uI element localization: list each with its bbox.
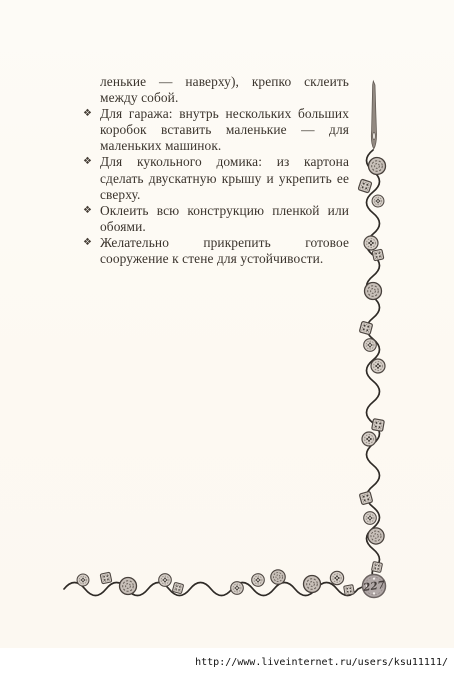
round-button-icon [271,570,285,584]
page-number: 227 [361,579,386,594]
bottom-thread-line [64,583,365,596]
square-button-icon [344,585,355,596]
list-item: ❖ Оклеить всю конструкцию пленкой или об… [100,203,349,235]
square-button-icon [359,491,372,504]
round-button-icon [371,359,385,373]
diamond-bullet-icon: ❖ [83,204,92,218]
round-button-icon [365,283,382,300]
round-button-icon [120,578,137,595]
round-button-icon [330,571,343,584]
square-button-icon [371,561,382,572]
bullet-text: Оклеить всю конструкцию пленкой или обоя… [100,203,349,234]
square-button-icon [372,249,384,261]
sewing-needle-icon [371,81,376,149]
bullet-text: Для кукольного домика: из картона сделат… [100,154,349,201]
square-button-icon [100,572,112,584]
round-button-icon [372,195,384,207]
watermark-url: http://www.liveinternet.ru/users/ksu1111… [195,657,448,668]
right-thread-line [367,150,380,577]
list-item: ❖ Для кукольного домика: из картона сдел… [100,154,349,202]
diamond-bullet-icon: ❖ [83,236,92,250]
list-item: ❖ Для гаража: внутрь нескольких больших … [100,106,349,154]
square-button-icon [172,582,183,593]
book-page: ленькие — наверху), крепко склеить между… [0,0,454,648]
round-button-icon [368,528,384,544]
diamond-bullet-icon: ❖ [83,107,92,121]
bullet-list: ❖ Для гаража: внутрь нескольких больших … [100,106,349,267]
bullet-text: Для гаража: внутрь нескольких больших ко… [100,106,349,153]
page-number-button: 227 [361,575,386,598]
round-button-icon [252,574,265,587]
round-button-icon [304,576,321,593]
square-button-icon [372,419,385,432]
round-button-icon [231,582,244,595]
round-button-icon [364,512,377,525]
square-button-icon [358,179,372,193]
diamond-bullet-icon: ❖ [83,155,92,169]
text-block: ленькие — наверху), крепко склеить между… [100,74,349,267]
square-button-icon [359,321,372,334]
round-button-icon [159,574,172,587]
scanned-page-image: ленькие — наверху), крепко склеить между… [0,0,454,679]
list-item: ❖ Желательно прикрепить готовое сооружен… [100,235,349,267]
round-button-icon [364,339,377,352]
round-button-icon [362,432,376,446]
round-button-icon [369,158,386,175]
round-button-icon [77,574,89,586]
round-button-icon [364,236,378,250]
bullet-text: Желательно прикрепить готовое сооружение… [100,235,349,266]
paragraph-continuation: ленькие — наверху), крепко склеить между… [100,74,349,106]
